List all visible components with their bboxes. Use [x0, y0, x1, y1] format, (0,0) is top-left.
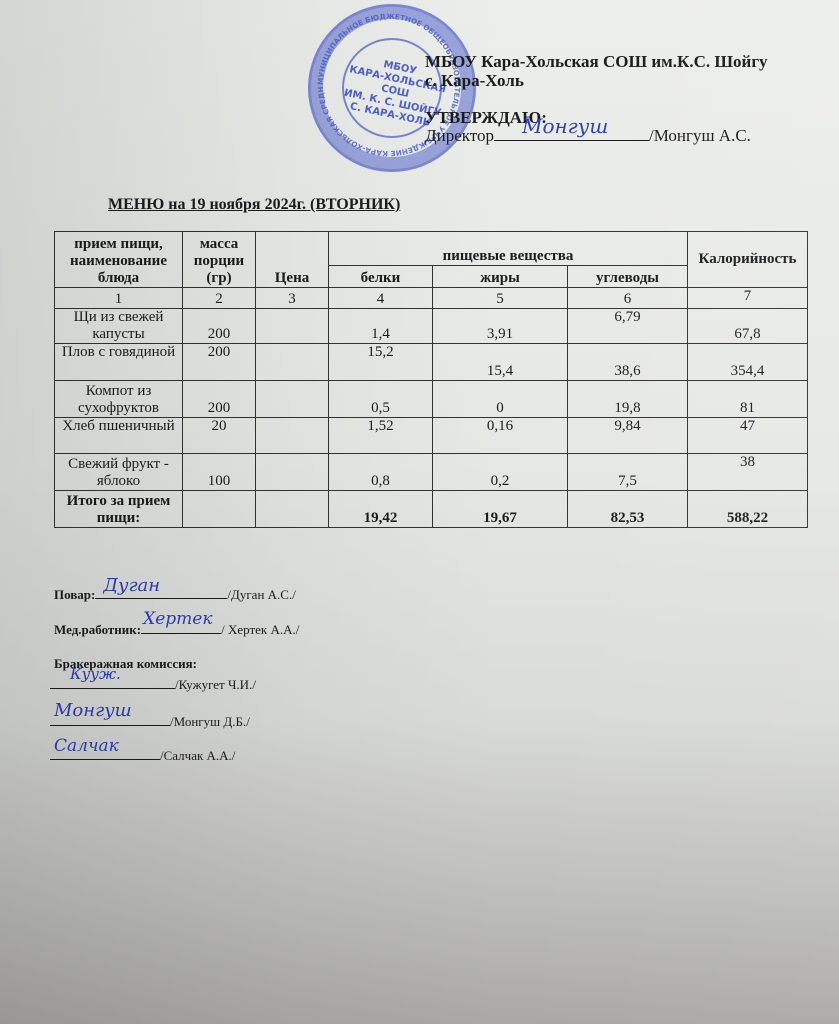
cook-signature-underline: Дуган [95, 585, 227, 599]
menu-title: МЕНЮ на 19 ноября 2024г. (ВТОРНИК) [108, 196, 400, 214]
organization-name: МБОУ Кара-Хольская СОШ им.К.С. Шойгу [425, 52, 768, 72]
dish-calories: 81 [688, 381, 808, 418]
commission-member: Салчак/Салчак А.А./ [50, 746, 235, 764]
table-row: Компот из сухофруктов 200 0,5 0 19,8 81 [55, 381, 808, 418]
column-number-row: 1 2 3 4 5 6 7 [55, 288, 808, 309]
dish-price [256, 309, 329, 344]
dish-mass: 20 [183, 418, 256, 454]
dish-carbs: 38,6 [568, 344, 688, 381]
dish-fat: 0,16 [433, 418, 568, 454]
dish-calories: 354,4 [688, 344, 808, 381]
column-number: 1 [55, 288, 183, 309]
dish-name: Щи из свежей капусты [55, 309, 183, 344]
header-carbs: углеводы [568, 266, 688, 288]
header-price: Цена [256, 232, 329, 288]
dish-carbs: 6,79 [568, 309, 688, 344]
header-calories: Калорийность [688, 232, 808, 288]
header-meal: прием пищи, наименование блюда [55, 232, 183, 288]
dish-protein: 15,2 [329, 344, 433, 381]
total-label: Итого за прием пищи: [55, 491, 183, 528]
dish-calories: 47 [688, 418, 808, 454]
commission-member: Кууж./Кужугет Ч.И./ [50, 675, 256, 693]
dish-protein: 1,4 [329, 309, 433, 344]
total-fat: 19,67 [433, 491, 568, 528]
total-price [256, 491, 329, 528]
medic-signature-underline: Хертек [141, 620, 221, 634]
member-name: /Монгуш Д.Б./ [170, 714, 250, 729]
cook-label: Повар: [54, 587, 95, 602]
dish-price [256, 381, 329, 418]
dish-fat: 3,91 [433, 309, 568, 344]
dish-carbs: 7,5 [568, 454, 688, 491]
member-signature: Салчак [54, 736, 119, 756]
dish-price [256, 454, 329, 491]
column-number: 6 [568, 288, 688, 309]
dish-name: Свежий фрукт - яблоко [55, 454, 183, 491]
column-number: 5 [433, 288, 568, 309]
dish-name: Плов с говядиной [55, 344, 183, 381]
member-signature-underline: Кууж. [50, 675, 175, 689]
medic-label: Мед.работник: [54, 622, 141, 637]
total-mass [183, 491, 256, 528]
header-nutrients: пищевые вещества [329, 232, 688, 266]
column-number: 4 [329, 288, 433, 309]
dish-protein: 0,8 [329, 454, 433, 491]
header-fat: жиры [433, 266, 568, 288]
cook-name: /Дуган А.С./ [227, 587, 295, 602]
menu-table: прием пищи, наименование блюда масса пор… [54, 231, 808, 528]
column-number: 3 [256, 288, 329, 309]
director-signature: Монгуш [522, 114, 608, 138]
dish-carbs: 9,84 [568, 418, 688, 454]
column-number: 2 [183, 288, 256, 309]
medic-signature-line: Мед.работник:Хертек/ Хертек А.А./ [54, 620, 299, 638]
dish-protein: 1,52 [329, 418, 433, 454]
medic-name: / Хертек А.А./ [221, 622, 299, 637]
table-row: Свежий фрукт - яблоко 100 0,8 0,2 7,5 38 [55, 454, 808, 491]
cook-signature: Дуган [103, 575, 160, 596]
commission-member: Монгуш/Монгуш Д.Б./ [50, 712, 250, 730]
dish-name: Хлеб пшеничный [55, 418, 183, 454]
dish-mass: 200 [183, 309, 256, 344]
member-signature: Монгуш [54, 700, 132, 721]
dish-fat: 15,4 [433, 344, 568, 381]
header-row: прием пищи, наименование блюда масса пор… [55, 232, 808, 266]
member-name: /Кужугет Ч.И./ [175, 677, 256, 692]
total-carbs: 82,53 [568, 491, 688, 528]
dish-calories: 67,8 [688, 309, 808, 344]
dish-calories: 38 [688, 454, 808, 491]
village-name: с. Кара-Холь [425, 71, 524, 91]
dish-mass: 100 [183, 454, 256, 491]
member-name: /Салчак А.А./ [160, 748, 235, 763]
header-protein: белки [329, 266, 433, 288]
total-calories: 588,22 [688, 491, 808, 528]
member-signature: Кууж. [70, 665, 121, 683]
dish-fat: 0 [433, 381, 568, 418]
dish-name: Компот из сухофруктов [55, 381, 183, 418]
total-protein: 19,42 [329, 491, 433, 528]
director-label: Директор [425, 126, 494, 145]
table-row: Хлеб пшеничный 20 1,52 0,16 9,84 47 [55, 418, 808, 454]
dish-mass: 200 [183, 381, 256, 418]
dish-protein: 0,5 [329, 381, 433, 418]
table-row: Щи из свежей капусты 200 1,4 3,91 6,79 6… [55, 309, 808, 344]
dish-price [256, 418, 329, 454]
director-signature-line: Монгуш [494, 126, 649, 141]
medic-signature: Хертек [143, 609, 212, 629]
dish-mass: 200 [183, 344, 256, 381]
total-row: Итого за прием пищи: 19,42 19,67 82,53 5… [55, 491, 808, 528]
header-mass: масса порции (гр) [183, 232, 256, 288]
dish-fat: 0,2 [433, 454, 568, 491]
dish-carbs: 19,8 [568, 381, 688, 418]
dish-price [256, 344, 329, 381]
director-line: ДиректорМонгуш/Монгуш А.С. [425, 126, 751, 146]
column-number: 7 [688, 288, 808, 309]
director-name: /Монгуш А.С. [649, 126, 751, 145]
member-signature-underline: Салчак [50, 746, 160, 760]
cook-signature-line: Повар:Дуган/Дуган А.С./ [54, 585, 296, 603]
table-row: Плов с говядиной 200 15,2 15,4 38,6 354,… [55, 344, 808, 381]
member-signature-underline: Монгуш [50, 712, 170, 726]
